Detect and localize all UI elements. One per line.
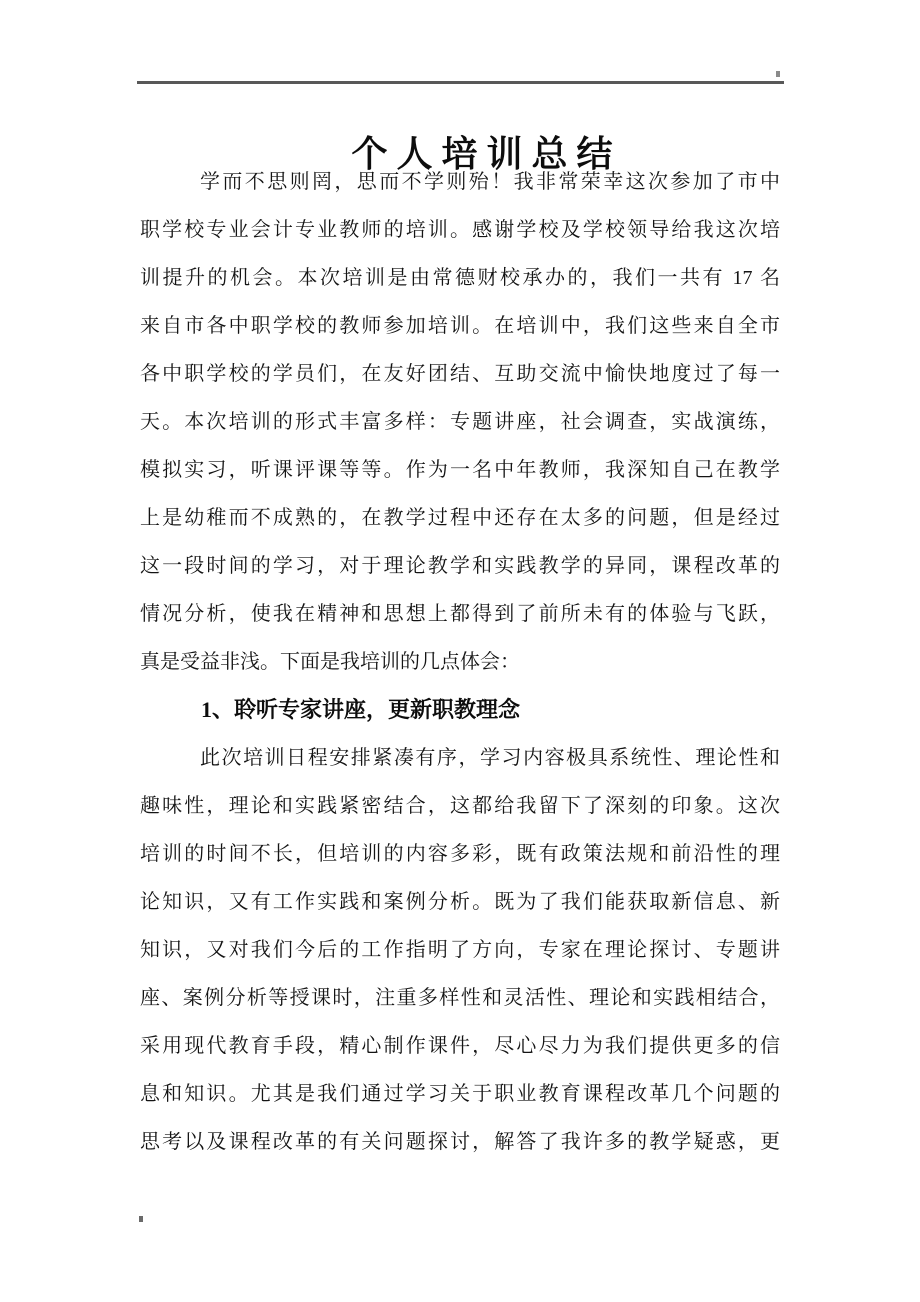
text-line: 来自市各中职学校的教师参加培训。在培训中，我们这些来自全市	[140, 302, 780, 350]
header-rule	[137, 81, 784, 84]
text-line: 模拟实习，听课评课等等。作为一名中年教师，我深知自己在教学	[140, 446, 780, 494]
paragraph-section-1: 此次培训日程安排紧凑有序，学习内容极具系统性、理论性和趣味性，理论和实践紧密结合…	[140, 734, 780, 1166]
text-line: 培训的时间不长，但培训的内容多彩，既有政策法规和前沿性的理	[140, 830, 780, 878]
text-line: 此次培训日程安排紧凑有序，学习内容极具系统性、理论性和	[140, 734, 780, 782]
text-line: 知识，又对我们今后的工作指明了方向，专家在理论探讨、专题讲	[140, 926, 780, 974]
section-heading-1: 1、聆听专家讲座，更新职教理念	[140, 686, 780, 734]
text-line: 趣味性，理论和实践紧密结合，这都给我留下了深刻的印象。这次	[140, 782, 780, 830]
text-line: 上是幼稚而不成熟的，在教学过程中还存在太多的问题，但是经过	[140, 494, 780, 542]
text-line: 思考以及课程改革的有关问题探讨，解答了我许多的教学疑惑，更	[140, 1118, 780, 1166]
text-line: 座、案例分析等授课时，注重多样性和灵活性、理论和实践相结合，	[140, 974, 780, 1022]
text-line: 天。本次培训的形式丰富多样：专题讲座，社会调查，实战演练，	[140, 398, 780, 446]
text-line: 这一段时间的学习，对于理论教学和实践教学的异同，课程改革的	[140, 542, 780, 590]
text-line: 职学校专业会计专业教师的培训。感谢学校及学校领导给我这次培	[140, 206, 780, 254]
stray-mark-bottom-left	[139, 1216, 143, 1222]
paragraph-intro: 学而不思则罔，思而不学则殆！我非常荣幸这次参加了市中职学校专业会计专业教师的培训…	[140, 158, 780, 686]
text-line: 真是受益非浅。下面是我培训的几点体会：	[140, 638, 780, 686]
document-body: 学而不思则罔，思而不学则殆！我非常荣幸这次参加了市中职学校专业会计专业教师的培训…	[140, 158, 780, 1166]
document-page: 个 人 培 训 总 结 学而不思则罔，思而不学则殆！我非常荣幸这次参加了市中职学…	[0, 0, 920, 1302]
text-line: 训提升的机会。本次培训是由常德财校承办的，我们一共有 17 名	[140, 254, 780, 302]
text-line: 各中职学校的学员们，在友好团结、互助交流中愉快地度过了每一	[140, 350, 780, 398]
text-line: 息和知识。尤其是我们通过学习关于职业教育课程改革几个问题的	[140, 1070, 780, 1118]
text-line: 采用现代教育手段，精心制作课件，尽心尽力为我们提供更多的信	[140, 1022, 780, 1070]
text-line: 情况分析，使我在精神和思想上都得到了前所未有的体验与飞跃，	[140, 590, 780, 638]
text-line: 学而不思则罔，思而不学则殆！我非常荣幸这次参加了市中	[140, 158, 780, 206]
text-line: 论知识，又有工作实践和案例分析。既为了我们能获取新信息、新	[140, 878, 780, 926]
stray-mark-top-right	[776, 71, 780, 77]
